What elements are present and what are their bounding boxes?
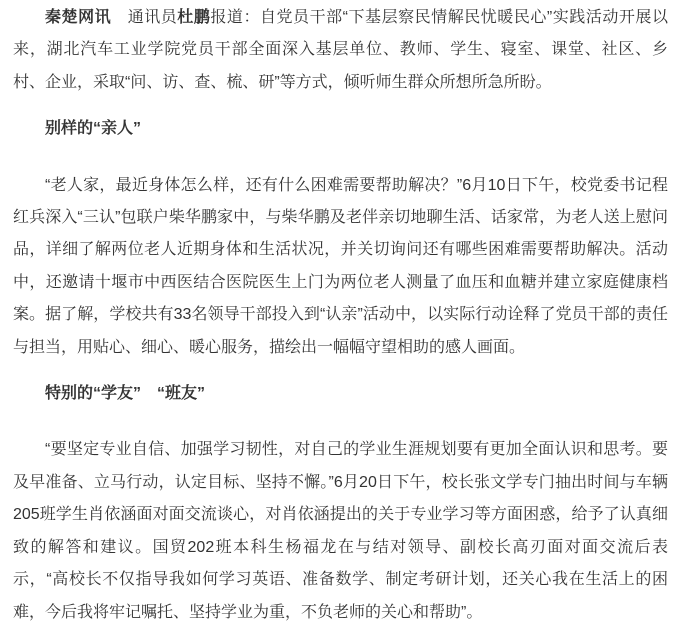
lead-paragraph: 秦楚网讯 通讯员杜鹏报道：自党员干部“下基层察民情解民忧暖民心”实践活动开展以来…	[13, 2, 668, 99]
section-paragraph-relatives: “老人家，最近身体怎么样，还有什么困难需要帮助解决？”6月10日下午，校党委书记…	[13, 170, 668, 364]
news-article: 秦楚网讯 通讯员杜鹏报道：自党员干部“下基层察民情解民忧暖民心”实践活动开展以来…	[0, 0, 679, 629]
section-heading-studymates: 特别的“学友” “班友”	[13, 378, 668, 410]
section-heading-relatives: 别样的“亲人”	[13, 113, 668, 145]
section-paragraph-studymates: “要坚定专业自信、加强学习韧性，对自己的学业生涯规划要有更加全面认识和思考。要及…	[13, 434, 668, 628]
reporter-prefix: 通讯员	[128, 9, 178, 26]
news-source-label: 秦楚网讯	[45, 9, 111, 26]
source-separator	[111, 9, 128, 26]
reporter-name: 杜鹏	[177, 9, 210, 26]
